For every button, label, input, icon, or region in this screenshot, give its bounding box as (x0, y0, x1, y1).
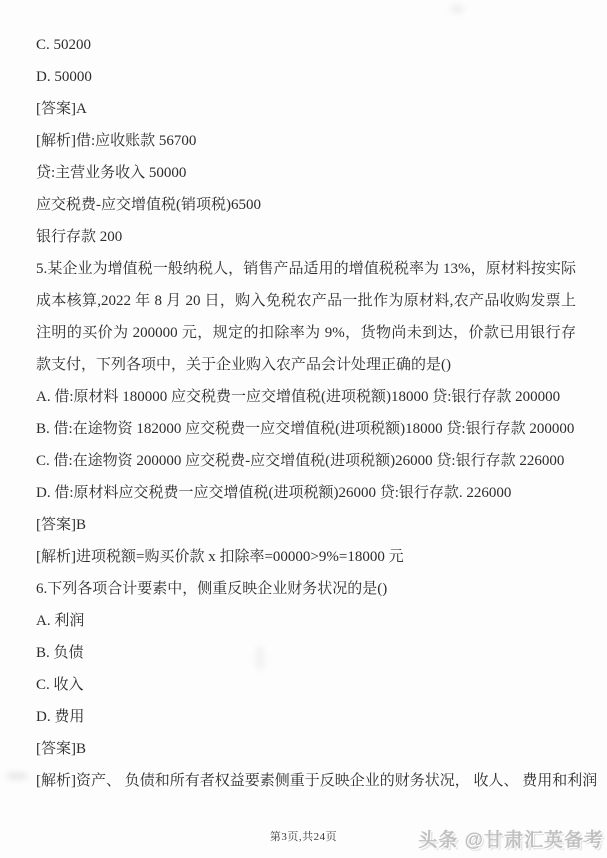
q6-option-b: B. 负债 (36, 637, 576, 669)
q5-stem: 5.某企业为增值税一般纳税人，销售产品适用的增值税税率为 13%，原材料按实际成… (36, 253, 576, 381)
q6-option-c: C. 收入 (36, 669, 576, 701)
q6-answer: [答案]B (36, 733, 576, 765)
q4-option-d: D. 50000 (36, 61, 576, 93)
q6-stem: 6.下列各项合计要素中，侧重反映企业财务状况的是() (36, 573, 576, 605)
q6-analysis: [解析]资产、 负债和所有者权益要素侧重于反映企业的财务状况， 收人、 费用和利… (36, 765, 576, 797)
q4-option-c: C. 50200 (36, 29, 576, 61)
q4-answer: [答案]A (36, 93, 576, 125)
q5-option-d: D. 借:原材料应交税费一应交增值税(进项税额)26000 贷:银行存款. 22… (36, 477, 576, 509)
q5-option-b: B. 借:在途物资 182000 应交税费一应交增值税(进项税额)18000 贷… (36, 413, 576, 445)
q4-analysis-line: [解析]借:应收账款 56700 (36, 125, 576, 157)
q5-option-c: C. 借:在途物资 200000 应交税费-应交增值税(进项税额)26000 贷… (36, 445, 576, 477)
page-content: C. 50200 D. 50000 [答案]A [解析]借:应收账款 56700… (36, 29, 576, 797)
q5-option-a: A. 借:原材料 180000 应交税费一应交增值税(进项税额)18000 贷:… (36, 381, 576, 413)
q6-option-d: D. 费用 (36, 701, 576, 733)
document-page: C. 50200 D. 50000 [答案]A [解析]借:应收账款 56700… (0, 0, 607, 858)
scan-artifact (6, 772, 28, 780)
q5-answer: [答案]B (36, 509, 576, 541)
q6-option-a: A. 利润 (36, 605, 576, 637)
q4-analysis-line: 银行存款 200 (36, 221, 576, 253)
q5-analysis: [解析]进项税额=购买价款 x 扣除率=00000>9%=18000 元 (36, 541, 576, 573)
toutiao-watermark: 头条 @甘肃汇英备考 (418, 825, 604, 852)
scan-artifact (450, 4, 464, 14)
q4-analysis-line: 应交税费-应交增值税(销项税)6500 (36, 189, 576, 221)
q4-analysis-line: 贷:主营业务收入 50000 (36, 157, 576, 189)
